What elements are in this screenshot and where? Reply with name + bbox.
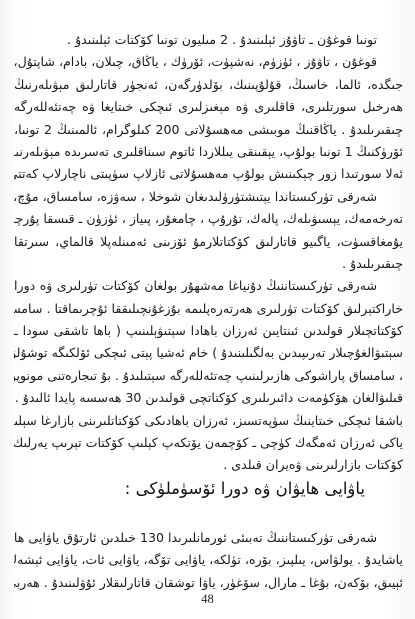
text-line: تەرخەمەك، يېسىۋىلەك، پالەك، تۇرۇپ ، چامغ… xyxy=(14,208,403,230)
text-line: قوغۇن ، تاۋۇز ، ئۈزۈم، نەشپۈت، ئۆرۈك ، ي… xyxy=(14,51,403,73)
text-line: كۆكتات بازارلىرىنى ۋەيران قىلدى . xyxy=(14,454,403,476)
text-line: شەرقى تۈركىستاندا يېتىشتۈرۈلىدىغان شوخلا… xyxy=(14,186,403,208)
text-line: ، سامساق پاراشوكى ھازىرلىنىپ چەتئەللەرگە… xyxy=(14,365,403,387)
text-line: باشقا ئىچكى خىتاينىڭ سۈپەتسىز، ئەرزان با… xyxy=(14,410,403,432)
text-line: جىگدە، ئالما، خاسىڭ، قۇلۇپىنىك، بۆلدۈرگە… xyxy=(14,74,403,96)
text-line: قىلىۋالغان ھۆكۈمەت دائىرىلىرى كۆكتاتچى ق… xyxy=(14,387,403,409)
text-line: سېتىۋالغۇچىلار تەرىپىدىن بەلگىلىنىدۇ ) خ… xyxy=(14,342,403,364)
text-line: خاراكتېرلىق كۆكتات تۈرلىرى ھەرتەرەپلىمە … xyxy=(14,298,403,320)
text-line: ھەرخىل سورتلىرى، قاقلىرى ۋە مېغىزلىرى ئى… xyxy=(14,96,403,118)
page-number: 48 xyxy=(0,592,415,607)
text-line: چىقىرىلىدۇ . xyxy=(14,253,403,275)
document-page: تونىا قوغۇن ـ تاۋۇز ئېلىنىدۇ . 2 مىليون … xyxy=(0,0,415,619)
text-line: شەرقى تۈركىستاننىڭ تەبىئى ئورمانلىرىدا 1… xyxy=(14,527,403,549)
text-line: شەرقى تۈركىستاننىڭ دۇنياغا مەشھۇر بولغان… xyxy=(14,275,403,297)
section-body-text: شەرقى تۈركىستاننىڭ تەبىئى ئورمانلىرىدا 1… xyxy=(14,527,403,594)
text-line: تونىا قوغۇن ـ تاۋۇز ئېلىنىدۇ . 2 مىليون … xyxy=(14,29,403,51)
text-line: يۇمغاقسۈت، ياگىيو قاتارلىق كۆكتاتلارمۇ ئ… xyxy=(14,231,403,253)
text-line: كۆكتاتچىلار قولىدىن ئىنتايىن ئەرزان باھا… xyxy=(14,320,403,342)
text-line: چىقىرىلىدۇ . ياڭاقنىڭ موبىشى مەھسۇلاتى 2… xyxy=(14,119,403,141)
text-line: ياكى ئەرزان ئەمگەك كۈچى ـ كۆچمەن يۆتكەپ … xyxy=(14,432,403,454)
text-line: ئەلا سورتىدا زور چېكىنىش بولۇپ مەھسۇلاتى… xyxy=(14,163,403,185)
text-line: ئېيىق، بۆكەن، بۇغا ـ مارال، سۆغۈر، ياۋا … xyxy=(14,572,403,594)
section-heading: ياۋايى ھايۋان ۋە دورا ئۆسۈملۈكى : xyxy=(125,476,365,502)
text-line: ياشايدۇ . يولۋاس، يىلپىز، بۆرە، تۈلكە، ي… xyxy=(14,549,403,571)
body-text: تونىا قوغۇن ـ تاۋۇز ئېلىنىدۇ . 2 مىليون … xyxy=(14,29,403,477)
text-line: ئۆرۈكنىڭ 1 تونىا بولۇپ، يېقىنقى يىللاردا… xyxy=(14,141,403,163)
